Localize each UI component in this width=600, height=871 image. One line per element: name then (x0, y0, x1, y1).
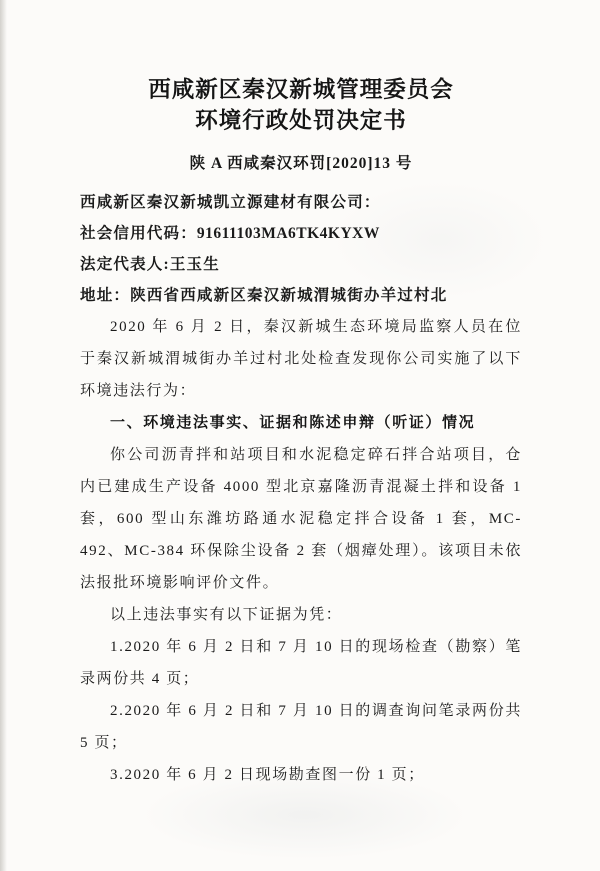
evidence-item-1: 1.2020 年 6 月 2 日和 7 月 10 日的现场检查（勘察）笔录两份共… (80, 631, 522, 695)
intro-paragraph: 2020 年 6 月 2 日，秦汉新城生态环境局监察人员在位于秦汉新城渭城街办羊… (80, 311, 522, 407)
scan-blotch-artifact (330, 180, 550, 300)
evidence-intro-paragraph: 以上违法事实有以下证据为凭： (80, 599, 522, 631)
document-number: 陕 A 西咸秦汉环罚[2020]13 号 (80, 151, 522, 173)
section-1-heading: 一、环境违法事实、证据和陈述申辩（听证）情况 (80, 407, 522, 439)
facts-paragraph: 你公司沥青拌和站项目和水泥稳定碎石拌合站项目，仓内已建成生产设备 4000 型北… (80, 439, 522, 599)
credit-code-label: 社会信用代码： (80, 225, 197, 242)
document-title-line1: 西咸新区秦汉新城管理委员会 (80, 74, 522, 105)
document-title-line2: 环境行政处罚决定书 (80, 105, 522, 136)
document-title: 西咸新区秦汉新城管理委员会 环境行政处罚决定书 (80, 74, 522, 136)
scanned-document-page: 西咸新区秦汉新城管理委员会 环境行政处罚决定书 陕 A 西咸秦汉环罚[2020]… (0, 0, 600, 871)
scan-edge-artifact (0, 0, 7, 871)
scan-blotch-artifact (140, 770, 470, 860)
evidence-item-2: 2.2020 年 6 月 2 日和 7 月 10 日的调查询问笔录两份共 5 页… (80, 695, 522, 759)
